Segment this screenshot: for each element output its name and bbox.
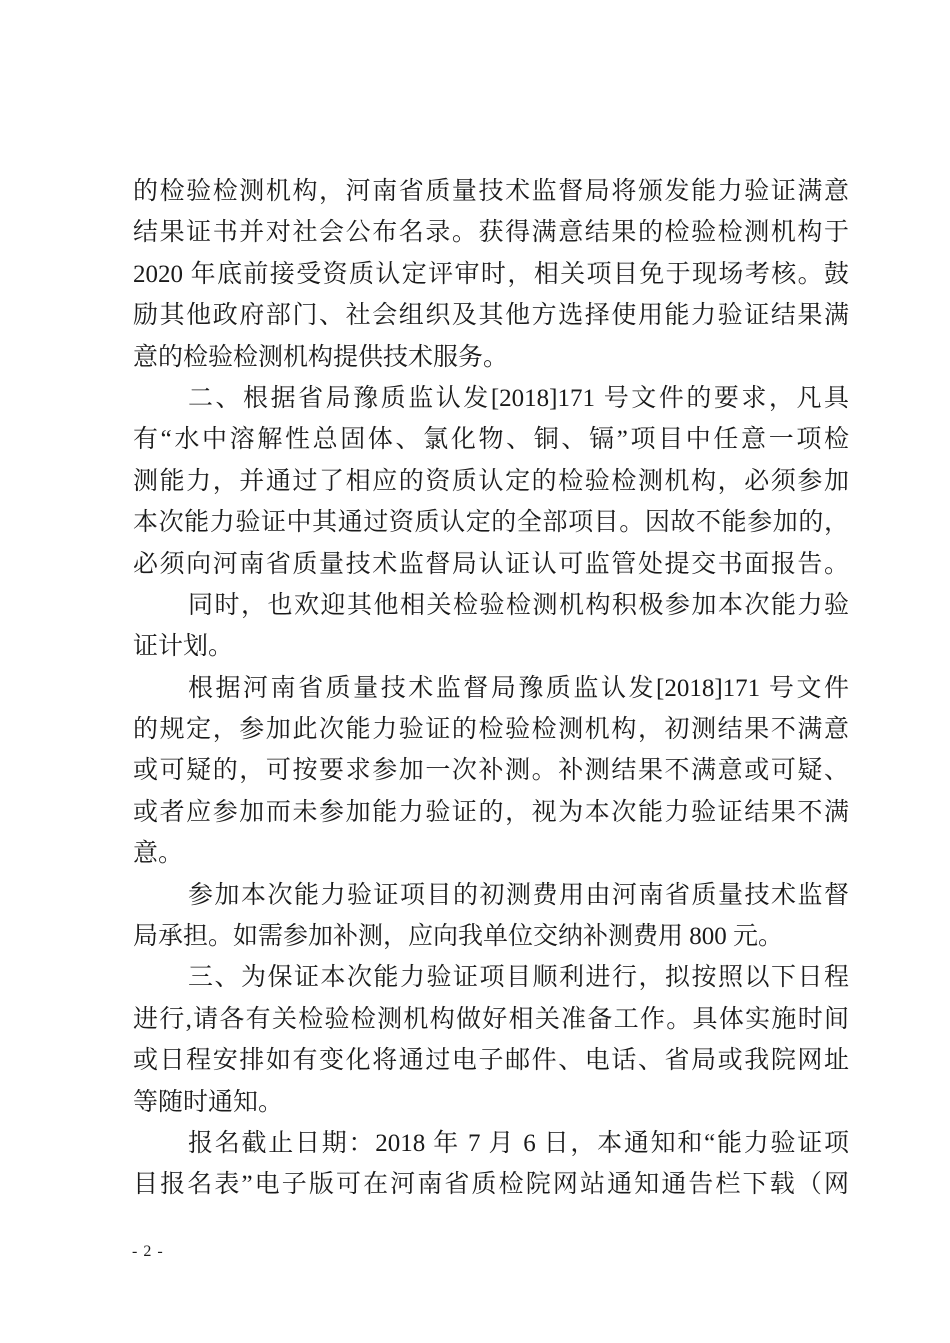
text-line: 目报名表”电子版可在河南省质检院网站通知通告栏下载（网 bbox=[133, 1164, 849, 1205]
text-line: 必须向河南省质量技术监督局认证认可监管处提交书面报告。 bbox=[133, 544, 849, 585]
text-line: 根据河南省质量技术监督局豫质监认发[2018]171 号文件 bbox=[133, 668, 849, 709]
text-line: 二、根据省局豫质监认发[2018]171 号文件的要求，凡具 bbox=[133, 378, 849, 419]
text-line: 的规定，参加此次能力验证的检验检测机构，初测结果不满意 bbox=[133, 709, 849, 750]
text-line: 的检验检测机构，河南省质量技术监督局将颁发能力验证满意 bbox=[133, 171, 849, 212]
text-line: 意。 bbox=[133, 833, 849, 874]
page-number: - 2 - bbox=[132, 1243, 164, 1261]
text-line: 参加本次能力验证项目的初测费用由河南省质量技术监督 bbox=[133, 875, 849, 916]
text-line: 或者应参加而未参加能力验证的，视为本次能力验证结果不满 bbox=[133, 792, 849, 833]
text-line: 局承担。如需参加补测，应向我单位交纳补测费用 800 元。 bbox=[133, 916, 849, 957]
text-line: 本次能力验证中其通过资质认定的全部项目。因故不能参加的， bbox=[133, 502, 849, 543]
text-line: 结果证书并对社会公布名录。获得满意结果的检验检测机构于 bbox=[133, 212, 849, 253]
text-line: 意的检验检测机构提供技术服务。 bbox=[133, 337, 849, 378]
text-line: 进行,请各有关检验检测机构做好相关准备工作。具体实施时间 bbox=[133, 999, 849, 1040]
text-line: 或可疑的，可按要求参加一次补测。补测结果不满意或可疑、 bbox=[133, 750, 849, 791]
document-page: 的检验检测机构，河南省质量技术监督局将颁发能力验证满意 结果证书并对社会公布名录… bbox=[133, 171, 849, 1206]
text-line: 2020 年底前接受资质认定评审时，相关项目免于现场考核。鼓 bbox=[133, 254, 849, 295]
text-line: 或日程安排如有变化将通过电子邮件、电话、省局或我院网址 bbox=[133, 1040, 849, 1081]
text-line: 有“水中溶解性总固体、氯化物、铜、镉”项目中任意一项检 bbox=[133, 419, 849, 460]
text-line: 同时，也欢迎其他相关检验检测机构积极参加本次能力验 bbox=[133, 585, 849, 626]
text-line: 测能力，并通过了相应的资质认定的检验检测机构，必须参加 bbox=[133, 461, 849, 502]
text-line: 励其他政府部门、社会组织及其他方选择使用能力验证结果满 bbox=[133, 295, 849, 336]
text-line: 三、为保证本次能力验证项目顺利进行，拟按照以下日程 bbox=[133, 957, 849, 998]
text-line: 报名截止日期：2018 年 7 月 6 日，本通知和“能力验证项 bbox=[133, 1123, 849, 1164]
text-line: 等随时通知。 bbox=[133, 1082, 849, 1123]
text-line: 证计划。 bbox=[133, 626, 849, 667]
